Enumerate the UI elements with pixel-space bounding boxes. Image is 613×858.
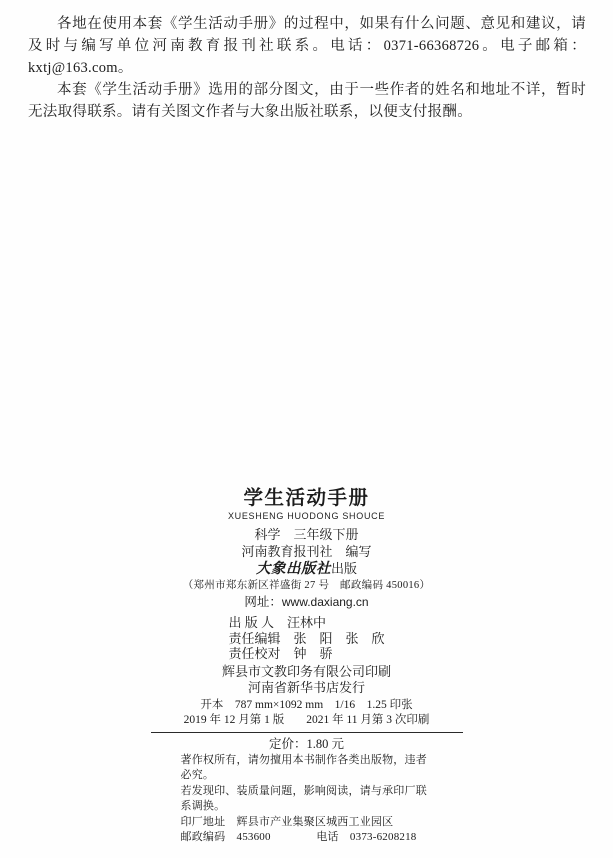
colophon-section: 学生活动手册 XUESHENG HUODONG SHOUCE 科学 三年级下册 … [0,486,613,846]
printer: 辉县市文教印务有限公司印刷 [0,664,613,680]
printer-phone: 电话 0373-6208218 [316,830,416,846]
subject-grade: 科学 三年级下册 [0,526,613,543]
website-label: 网址： [244,595,282,609]
legal-block: 著作权所有，请勿擅用本书制作各类出版物，违者必究。 若发现印、装质量问题，影响阅… [0,753,613,846]
staff-responsible-editor: 责任编辑 张 阳 张 欣 [228,631,384,647]
postcode-phone-line: 邮政编码 453600电话 0373-6208218 [181,830,433,846]
compiler: 河南教育报刊社 编写 [0,543,613,560]
price: 定价：1.80 元 [0,737,613,751]
website-url: www.daxiang.cn [282,595,369,609]
publisher-suffix: 出版 [331,561,357,576]
staff-proofreader: 责任校对 钟 骄 [228,646,384,662]
website-line: 网址：www.daxiang.cn [0,594,613,611]
impression: 2021 年 11 月第 3 次印刷 [306,714,429,726]
notice-paragraph-credits: 本套《学生活动手册》选用的部分图文，由于一些作者的姓名和地址不详，暂时无法取得联… [28,79,586,123]
distributor: 河南省新华书店发行 [0,680,613,696]
book-title: 学生活动手册 [0,486,613,510]
staff-block: 出 版 人 汪林中 责任编辑 张 阳 张 欣 责任校对 钟 骄 [0,615,613,663]
edition-line: 2019 年 12 月第 1 版2021 年 11 月第 3 次印刷 [0,713,613,728]
copyright-notice: 著作权所有，请勿擅用本书制作各类出版物，违者必究。 [181,753,433,784]
staff-publisher-person: 出 版 人 汪林中 [228,615,384,631]
publisher-logo: 大象出版社 [256,561,331,577]
publisher-address: （郑州市郑东新区祥盛街 27 号 邮政编码 450016） [0,578,613,594]
format-line: 开本 787 mm×1092 mm 1/16 1.25 印张 [0,698,613,713]
divider-rule [151,732,463,733]
staff-list: 出 版 人 汪林中 责任编辑 张 阳 张 欣 责任校对 钟 骄 [228,615,384,662]
printer-address: 印厂地址 辉县市产业集聚区城西工业园区 [181,815,433,831]
edition: 2019 年 12 月第 1 版 [184,714,285,726]
copyright-page: 各地在使用本套《学生活动手册》的过程中，如果有什么问题、意见和建议，请及时与编写… [0,0,613,858]
legal-list: 著作权所有，请勿擅用本书制作各类出版物，违者必究。 若发现印、装质量问题，影响阅… [181,753,433,846]
publisher-line: 大象出版社出版 [0,560,613,578]
printer-postcode: 邮政编码 453600 [181,830,271,846]
book-title-pinyin: XUESHENG HUODONG SHOUCE [0,511,613,522]
notice-paragraph-contact: 各地在使用本套《学生活动手册》的过程中，如果有什么问题、意见和建议，请及时与编写… [28,13,586,79]
quality-notice: 若发现印、装质量问题，影响阅读，请与承印厂联系调换。 [181,784,433,815]
notice-section: 各地在使用本套《学生活动手册》的过程中，如果有什么问题、意见和建议，请及时与编写… [28,13,586,123]
